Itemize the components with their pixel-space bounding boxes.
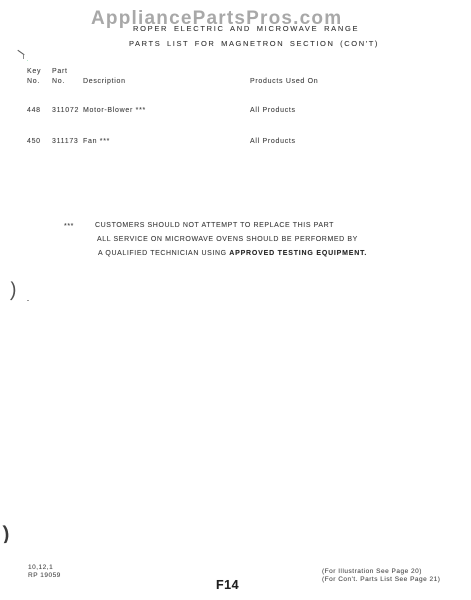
col-header-key-line2: No. — [27, 78, 40, 85]
doc-title-line2: PARTS LIST FOR MAGNETRON SECTION (CON'T) — [129, 39, 379, 48]
col-header-description: Description — [83, 78, 126, 85]
cell-part-no: 311072 — [52, 107, 79, 114]
footnote-line3-bold: APPROVED TESTING EQUIPMENT. — [229, 250, 367, 257]
footnote-marker: *** — [64, 223, 74, 230]
page-number-label: F14 — [216, 578, 239, 592]
cell-description: Motor-Blower *** — [83, 107, 146, 114]
scan-artifact-paren-bottom: ) — [2, 523, 10, 545]
doc-title-line1: ROPER ELECTRIC AND MICROWAVE RANGE — [133, 24, 359, 33]
cell-products-used-on: All Products — [250, 138, 296, 145]
footnote-line1: CUSTOMERS SHOULD NOT ATTEMPT TO REPLACE … — [95, 222, 334, 229]
footnote-line2: ALL SERVICE ON MICROWAVE OVENS SHOULD BE… — [97, 236, 358, 243]
scan-artifact-dot — [27, 60, 28, 61]
col-header-part-line1: Part — [52, 68, 68, 75]
cell-part-no: 311173 — [52, 138, 79, 145]
footer-ref-illustration: (For Illustration See Page 20) — [322, 568, 422, 575]
col-header-part-line2: No. — [52, 78, 65, 85]
cell-products-used-on: All Products — [250, 107, 296, 114]
footnote-line3-prefix: A QUALIFIED TECHNICIAN USING — [98, 250, 229, 257]
footer-code-line2: RP 19059 — [28, 572, 61, 579]
footnote-line3: A QUALIFIED TECHNICIAN USING APPROVED TE… — [98, 250, 367, 257]
cell-key-no: 450 — [27, 138, 41, 145]
scan-artifact-speck — [27, 300, 29, 301]
col-header-key-line1: Key — [27, 68, 41, 75]
scan-artifact-paren-mid: ) — [10, 279, 17, 302]
cell-key-no: 448 — [27, 107, 41, 114]
scanned-parts-list-page: AppliancePartsPros.com ROPER ELECTRIC AN… — [0, 0, 471, 600]
col-header-products-used-on: Products Used On — [250, 78, 318, 85]
footer-code-line1: 10,12,1 — [28, 564, 53, 571]
footer-ref-parts-list: (For Con't. Parts List See Page 21) — [322, 576, 440, 583]
cell-description: Fan *** — [83, 138, 110, 145]
scan-artifact-scribble-tail — [23, 55, 24, 59]
